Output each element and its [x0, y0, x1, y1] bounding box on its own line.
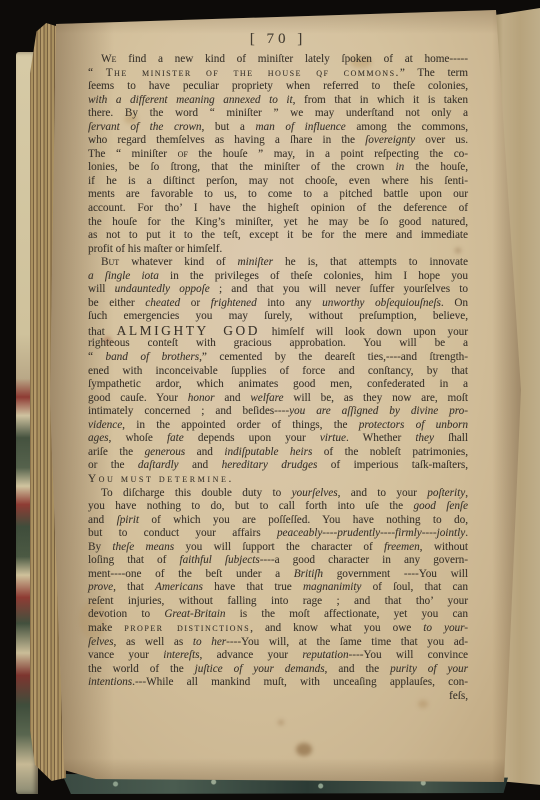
- text-segment: of: [178, 148, 188, 160]
- text-segment: ,: [465, 487, 468, 499]
- text-segment: he is, that attempts to innovate: [273, 256, 468, 268]
- text-line: as not to put it to the teſt, except it …: [88, 229, 468, 243]
- text-segment: The minister of the house qf commons.: [106, 67, 400, 79]
- text-segment: To diſcharge this double duty to: [101, 487, 292, 499]
- text-line: and ſpirit of which you are poſſeſſed. Y…: [88, 514, 468, 528]
- text-segment: , and to your: [338, 487, 428, 499]
- text-segment: you are aſſigned by divine pro-: [289, 405, 468, 417]
- text-segment: that: [88, 326, 117, 338]
- text-line: but to conduct your affairs peaceably---…: [88, 527, 468, 541]
- text-segment: By: [88, 541, 112, 553]
- text-segment: theſe means: [112, 541, 174, 553]
- text-segment: you have nothing to do, but to call fort…: [88, 500, 413, 512]
- text-segment: of imperious taſk-maſters,: [317, 459, 468, 471]
- text-segment: daſtardly: [138, 459, 179, 471]
- text-segment: or: [180, 297, 211, 309]
- text-segment: if he is a diſtinct perſon, may not choo…: [88, 175, 468, 187]
- text-line: or the daſtardly and hereditary drudges …: [88, 459, 468, 473]
- text-line: “ The minister of the house qf commons.”…: [88, 67, 468, 81]
- text-segment: , and know what you owe: [250, 622, 423, 634]
- text-segment: you will ſupport the character of: [174, 541, 384, 553]
- text-segment: vance your: [88, 649, 163, 661]
- text-line: good cauſe. Your honor and welfare will …: [88, 392, 468, 406]
- text-line: ſuch emergencies you may ſurely, without…: [88, 310, 468, 324]
- text-segment: , without: [420, 541, 468, 553]
- text-segment: find a new kind of miniſter lately ſpoke…: [116, 53, 468, 65]
- text-segment: reputation: [302, 649, 348, 661]
- text-segment: .: [465, 527, 468, 539]
- text-segment: ,” cemented by the deareſt ties,----and …: [199, 351, 468, 363]
- text-segment: in: [396, 161, 405, 173]
- text-segment: intentions: [88, 676, 132, 688]
- paragraph: But whatever kind of miniſter he is, tha…: [88, 256, 468, 486]
- text-segment: ” The term: [400, 67, 468, 79]
- text-segment: frightened: [211, 297, 257, 309]
- text-segment: and: [179, 459, 222, 471]
- text-segment: righteous conteſt with gracious approbat…: [88, 337, 468, 349]
- text-segment: ſeems to have peculiar propriety when re…: [88, 80, 468, 92]
- text-line: We find a new kind of miniſter lately ſp…: [88, 53, 468, 67]
- text-segment: juſtice of your demands: [195, 663, 325, 675]
- text-segment: ALMIGHTY GOD: [117, 323, 260, 338]
- text-segment: with a different meaning annexed to it: [88, 94, 293, 106]
- text-segment: , and the: [325, 663, 391, 675]
- text-segment: himſelf will look down upon your: [260, 326, 468, 338]
- text-segment: of ſoul, that can: [361, 581, 468, 593]
- text-segment: , whoſe: [109, 432, 167, 444]
- text-line: But whatever kind of miniſter he is, tha…: [88, 256, 468, 270]
- text-segment: unworthy obſequiouſneſs: [322, 297, 441, 309]
- text-segment: ſovereignty: [365, 134, 415, 146]
- text-segment: be either: [88, 297, 145, 309]
- text-segment: of which you are poſſeſſed. You have not…: [139, 514, 468, 526]
- text-line: You must determine.: [88, 473, 468, 487]
- text-line: vance your intereſts, advance your reput…: [88, 649, 468, 663]
- text-line: ments are favorable to us, to come to a …: [88, 188, 468, 202]
- text-segment: who regard themſelves as having a ſhare …: [88, 134, 365, 146]
- text-line: To diſcharge this double duty to yourſel…: [88, 487, 468, 501]
- text-segment: lonies, be ſo ſtrong, that the miniſter …: [88, 161, 396, 173]
- scanned-book-photo: [ 70 ] We find a new kind of miniſter la…: [0, 0, 540, 800]
- text-segment: will: [88, 283, 115, 295]
- text-segment: , as well as: [113, 636, 192, 648]
- text-segment: , but a: [202, 121, 256, 133]
- text-segment: ſuch emergencies you may ſurely, without…: [88, 310, 468, 322]
- text-segment: , that: [113, 581, 155, 593]
- text-segment: the houſe for the King’s miniſter, yet h…: [88, 216, 468, 228]
- text-line: ened with inconceivable ſupplies of forc…: [88, 365, 468, 379]
- text-segment: to her: [193, 636, 226, 648]
- text-segment: ----a good character in any govern-: [260, 554, 468, 566]
- text-segment: but to conduct your affairs: [88, 527, 277, 539]
- text-segment: .---While all mankind muſt, with unceaſi…: [132, 676, 468, 688]
- text-segment: magnanimity: [303, 581, 361, 593]
- text-line: who regard themſelves as having a ſhare …: [88, 134, 468, 148]
- text-segment: welfare: [250, 392, 283, 404]
- text-line: ages, whoſe fate depends upon your virtu…: [88, 432, 468, 446]
- text-segment: ; and that you will never ſuffer yourſel…: [210, 283, 468, 295]
- text-segment: as not to put it to the teſt, except it …: [88, 229, 468, 241]
- text-segment: undauntedly oppoſe: [115, 283, 210, 295]
- text-segment: of the nobleſt patrimonies,: [312, 446, 468, 458]
- text-segment: “: [88, 351, 105, 363]
- text-segment: ages: [88, 432, 109, 444]
- text-line: prove, that Americans have that true mag…: [88, 581, 468, 595]
- text-segment: devotion to: [88, 608, 164, 620]
- text-segment: ----You will, at the ſame time that you …: [226, 636, 468, 648]
- text-segment: good ſenſe: [413, 500, 468, 512]
- text-line: vidence, in the appointed order of thing…: [88, 419, 468, 433]
- text-segment: honor: [188, 392, 215, 404]
- text-line: the world of the juſtice of your demands…: [88, 663, 468, 677]
- text-segment: good cauſe. Your: [88, 392, 188, 404]
- page-number: [ 70 ]: [88, 28, 468, 50]
- text-segment: will be, as they now are, moſt: [284, 392, 469, 404]
- text-line: devotion to Great-Britain is the moſt af…: [88, 608, 468, 622]
- text-segment: virtue: [320, 432, 346, 444]
- text-segment: intimately concerned ; and beſides----: [88, 405, 289, 417]
- text-segment: feſs,: [449, 690, 468, 702]
- text-segment: faithful ſubjects: [179, 554, 259, 566]
- text-line: ſelves, as well as to her----You will, a…: [88, 636, 468, 650]
- text-line: righteous conteſt with gracious approbat…: [88, 337, 468, 351]
- text-segment: proper distinctions: [124, 622, 250, 634]
- text-segment: to your-: [423, 622, 468, 634]
- text-segment: over us.: [415, 134, 468, 146]
- text-line: ment----one of the beſt under a Britiſh …: [88, 568, 468, 582]
- text-segment: “: [88, 67, 106, 79]
- text-segment: ----You will convince: [349, 649, 468, 661]
- text-line: By theſe means you will ſupport the char…: [88, 541, 468, 555]
- text-segment: miniſter: [238, 256, 273, 268]
- text-segment: freemen: [384, 541, 420, 553]
- text-segment: hereditary drudges: [222, 459, 318, 471]
- text-line: intimately concerned ; and beſides----yo…: [88, 405, 468, 419]
- text-segment: The “ miniſter: [88, 148, 178, 160]
- text-segment: , in the appointed order of things, the: [122, 419, 359, 431]
- text-segment: protectors of unborn: [359, 419, 468, 431]
- text-line: “ band of brothers,” cemented by the dea…: [88, 351, 468, 365]
- text-segment: depends upon your: [184, 432, 320, 444]
- text-line: ſympathetic ardor, which animates good m…: [88, 378, 468, 392]
- text-line: will undauntedly oppoſe ; and that you w…: [88, 283, 468, 297]
- text-segment: band of brothers: [105, 351, 199, 363]
- text-segment: and: [215, 392, 251, 404]
- text-line: there. By the word “ miniſter ” we may u…: [88, 107, 468, 121]
- text-line: reſent injuries, without falling into ra…: [88, 595, 468, 609]
- text-segment: whatever kind of: [119, 256, 237, 268]
- text-segment: the world of the: [88, 663, 195, 675]
- text-segment: cheated: [145, 297, 180, 309]
- text-segment: man of influence: [255, 121, 345, 133]
- text-segment: peaceably----prudently----firmly----join…: [277, 527, 465, 539]
- text-line: ſeems to have peculiar propriety when re…: [88, 80, 468, 94]
- paragraph: We find a new kind of miniſter lately ſp…: [88, 53, 468, 256]
- text-segment: generous: [145, 446, 186, 458]
- text-segment: or the: [88, 459, 138, 471]
- text-segment: . On: [441, 297, 468, 309]
- text-segment: ſpirit: [117, 514, 139, 526]
- text-segment: ſhall: [434, 432, 468, 444]
- text-line: feſs,: [88, 690, 468, 704]
- text-segment: there. By the word “ miniſter ” we may u…: [88, 107, 468, 119]
- text-segment: and: [185, 446, 224, 458]
- text-line: profit of his maſter or himſelf.: [88, 243, 468, 257]
- text-segment: vidence: [88, 419, 122, 431]
- text-segment: , from that in which it is taken: [293, 94, 468, 106]
- text-line: if he is a diſtinct perſon, may not choo…: [88, 175, 468, 189]
- text-segment: account. For tho’ I have the higheſt opi…: [88, 202, 468, 214]
- text-segment: and: [88, 514, 117, 526]
- text-segment: a ſingle iota: [88, 270, 159, 282]
- text-segment: But: [101, 256, 119, 268]
- text-segment: ment----one of the beſt under a: [88, 568, 294, 580]
- text-segment: profit of his maſter or himſelf.: [88, 243, 222, 255]
- text-segment: poſterity: [427, 487, 465, 499]
- text-line: the houſe for the King’s miniſter, yet h…: [88, 216, 468, 230]
- text-line: intentions.---While all mankind muſt, wi…: [88, 676, 468, 690]
- text-segment: is the moſt affectionate, yet you can: [225, 608, 468, 620]
- text-segment: they: [415, 432, 434, 444]
- text-segment: fate: [167, 432, 184, 444]
- text-line: ſervant of the crown, but a man of influ…: [88, 121, 468, 135]
- text-segment: government ----You will: [323, 568, 468, 580]
- text-line: a ſingle iota in the privileges of theſe…: [88, 270, 468, 284]
- text-segment: the houſe ” may, in a point reſpecting t…: [188, 148, 468, 160]
- text-segment: ments are favorable to us, to come to a …: [88, 188, 468, 200]
- text-segment: make: [88, 622, 124, 634]
- paragraph: To diſcharge this double duty to yourſel…: [88, 487, 468, 704]
- text-segment: among the commons,: [346, 121, 468, 133]
- text-segment: You must determine.: [88, 473, 234, 485]
- text-segment: into any: [257, 297, 322, 309]
- text-line: The “ miniſter of the houſe ” may, in a …: [88, 148, 468, 162]
- text-segment: ariſe the: [88, 446, 145, 458]
- text-segment: yourſelves: [292, 487, 338, 499]
- text-line: that ALMIGHTY GOD himſelf will look down…: [88, 324, 468, 338]
- text-line: loſing that of faithful ſubjects----a go…: [88, 554, 468, 568]
- text-segment: indiſputable heirs: [224, 446, 312, 458]
- text-segment: the houſe,: [404, 161, 468, 173]
- text-line: account. For tho’ I have the higheſt opi…: [88, 202, 468, 216]
- text-line: make proper distinctions, and know what …: [88, 622, 468, 636]
- text-segment: in the privileges of theſe colonies, him…: [159, 270, 468, 282]
- text-line: lonies, be ſo ſtrong, that the miniſter …: [88, 161, 468, 175]
- text-line: ariſe the generous and indiſputable heir…: [88, 446, 468, 460]
- text-line: with a different meaning annexed to it, …: [88, 94, 468, 108]
- text-segment: prove: [88, 581, 113, 593]
- text-block: [ 70 ] We find a new kind of miniſter la…: [88, 28, 468, 703]
- text-segment: have that true: [203, 581, 303, 593]
- text-segment: loſing that of: [88, 554, 179, 566]
- text-segment: purity of your: [390, 663, 468, 675]
- text-line: be either cheated or frightened into any…: [88, 297, 468, 311]
- text-segment: Great-Britain: [164, 608, 225, 620]
- text-segment: reſent injuries, without falling into ra…: [88, 595, 468, 607]
- text-segment: Britiſh: [294, 568, 323, 580]
- text-line: you have nothing to do, but to call fort…: [88, 500, 468, 514]
- text-segment: , advance your: [199, 649, 302, 661]
- text-segment: ened with inconceivable ſupplies of forc…: [88, 365, 468, 377]
- text-segment: ſervant of the crown: [88, 121, 202, 133]
- text-segment: ſympathetic ardor, which animates good m…: [88, 378, 468, 390]
- text-segment: intereſts: [163, 649, 199, 661]
- text-segment: We: [101, 53, 116, 65]
- text-segment: Americans: [155, 581, 203, 593]
- text-segment: ſelves: [88, 636, 113, 648]
- text-segment: . Whether: [346, 432, 415, 444]
